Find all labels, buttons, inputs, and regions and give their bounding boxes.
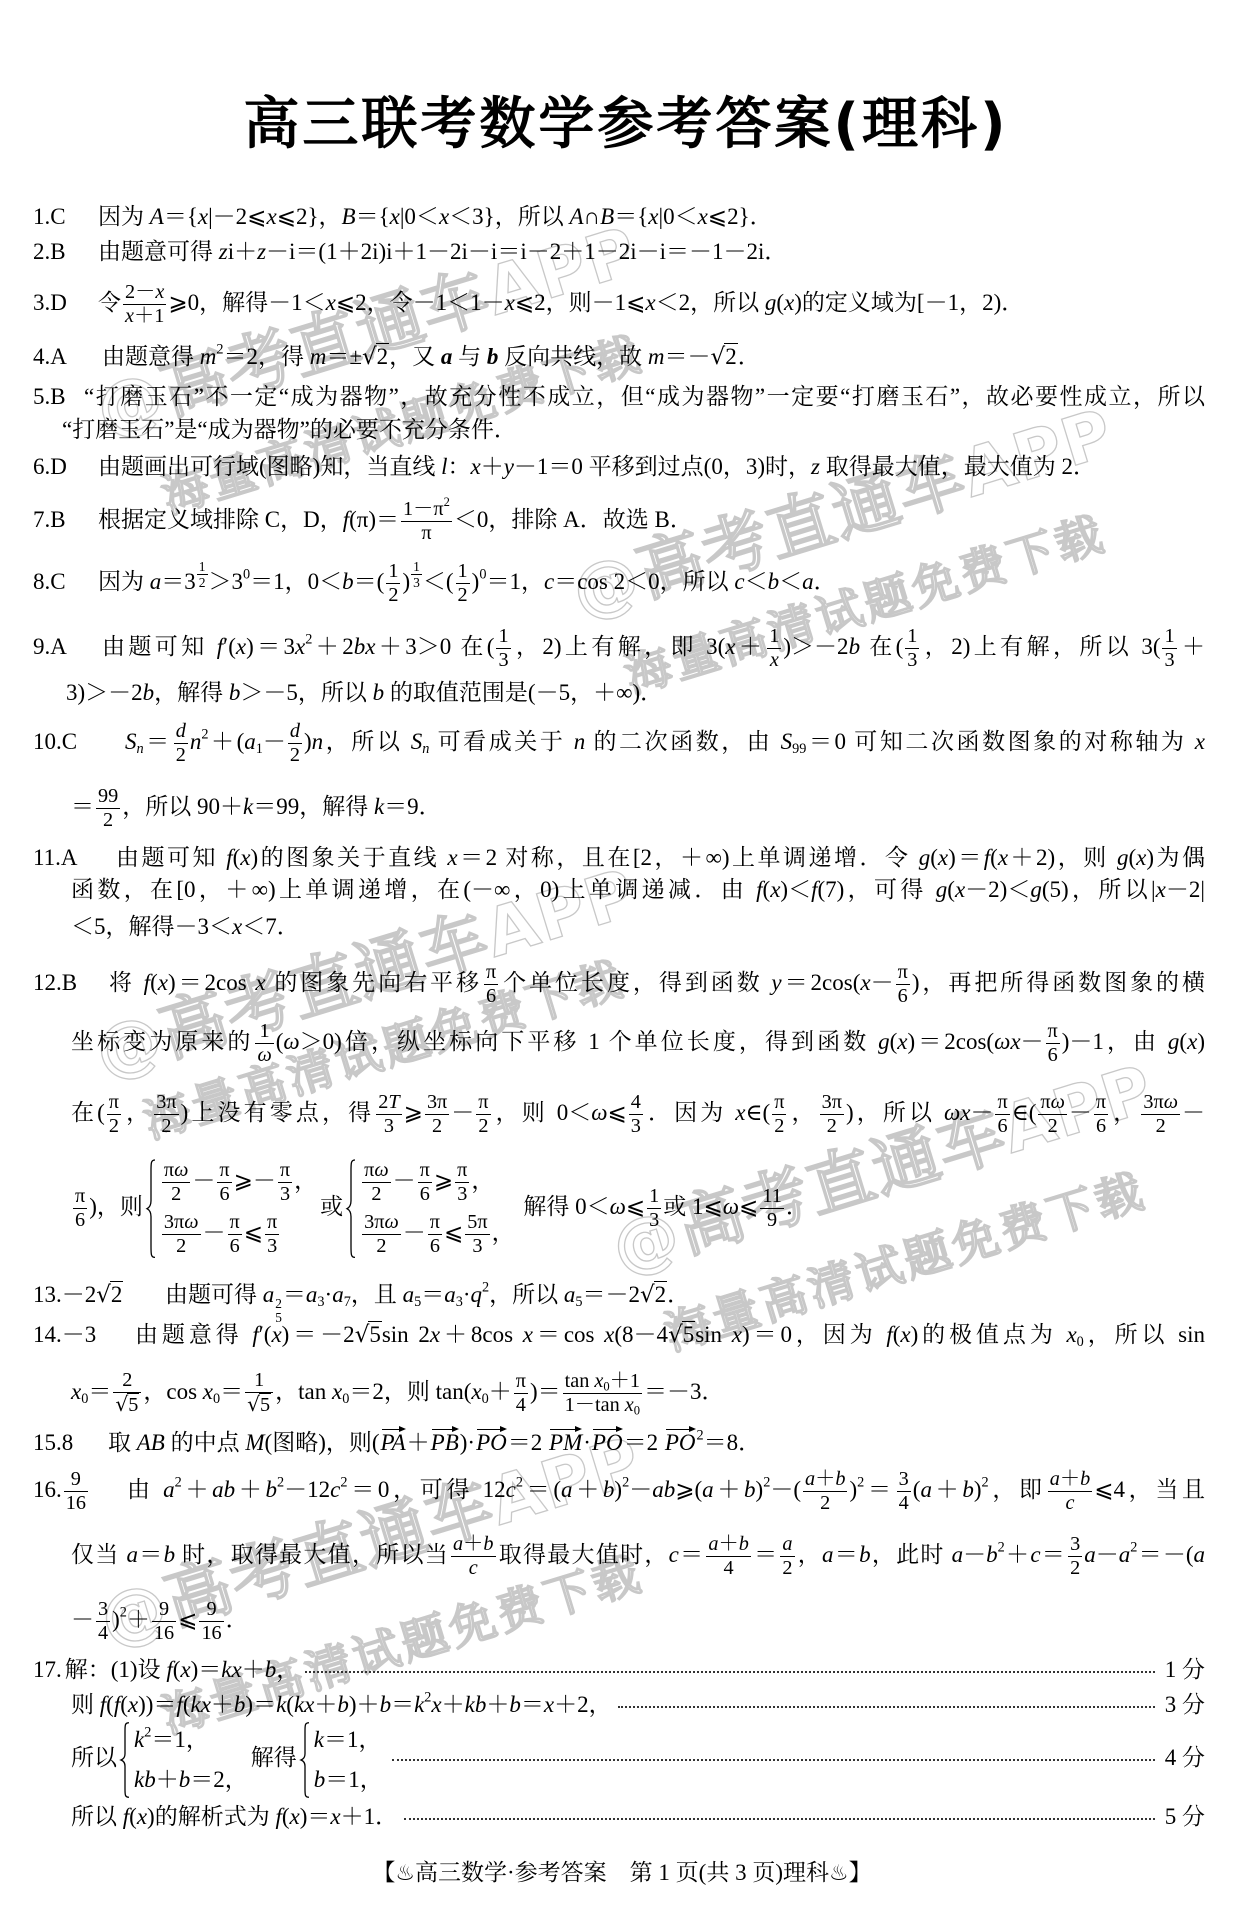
answer-10-label: 10.C <box>33 725 77 759</box>
math-variable: b <box>234 1692 246 1717</box>
fraction: π6 <box>428 1212 442 1258</box>
fraction-numerator: tan x0＋1 <box>563 1371 642 1394</box>
fraction-numerator: a <box>780 1534 794 1557</box>
math-variable: x <box>1136 845 1146 870</box>
math-variable: x <box>770 877 780 902</box>
fraction-numerator: 5π <box>465 1212 489 1235</box>
fraction-denominator: 6 <box>484 985 498 1008</box>
fraction-denominator: 2 <box>425 1115 449 1138</box>
math-variable: x <box>240 845 250 870</box>
math-variable: n <box>190 729 202 754</box>
fraction-denominator: 3 <box>496 649 510 672</box>
math-variable: b <box>380 1692 392 1717</box>
fraction: π6 <box>228 1212 242 1258</box>
dot-leader <box>618 1706 1155 1708</box>
fraction: πω2 <box>362 1160 391 1206</box>
math-variable: a <box>802 569 814 594</box>
fraction: 25 <box>113 1370 141 1417</box>
math-variable: a <box>561 1477 573 1502</box>
fraction-denominator: 3 <box>905 649 919 672</box>
answer-15-line-1: 取 AB 的中点 M(图略)，则(PA＋PB)·PO＝2 PM·PO＝2 PO2… <box>108 1426 761 1460</box>
math-variable: x <box>900 1322 910 1347</box>
fraction-numerator: π <box>1046 1021 1060 1044</box>
fraction-numerator: 1 <box>496 626 510 649</box>
page-title: 高三联考数学参考答案(理科) <box>0 95 1244 155</box>
fraction-denominator: π <box>401 522 452 545</box>
left-brace <box>120 1722 130 1798</box>
fraction-denominator: 2 <box>96 809 120 832</box>
math-variable: f <box>123 1804 129 1829</box>
math-variable: ωx <box>944 1100 970 1125</box>
fraction: 1x <box>767 626 781 672</box>
math-variable: ω <box>591 1100 607 1125</box>
math-variable: a <box>920 1477 932 1502</box>
math-variable: c <box>330 1477 340 1502</box>
math-variable: a <box>306 1282 318 1307</box>
fraction-numerator: 1 <box>1162 626 1176 649</box>
math-variable: f <box>114 1692 120 1717</box>
superscript: 2 <box>982 1475 989 1491</box>
math-variable: a <box>444 1282 456 1307</box>
answer-7-label: 7.B <box>33 503 66 537</box>
fraction: π6 <box>995 1092 1009 1138</box>
math-variable: b <box>962 1477 974 1502</box>
superscript: 2 <box>201 727 208 743</box>
fraction-numerator: 3π <box>425 1092 449 1115</box>
math-variable: T <box>388 1091 399 1113</box>
score-label: 1 分 <box>1165 1653 1205 1687</box>
fraction: πω2 <box>1038 1092 1067 1138</box>
fraction: a2 <box>780 1534 794 1580</box>
fraction: π6 <box>484 962 498 1008</box>
math-variable: ω <box>174 1159 188 1181</box>
fraction: 12 <box>386 561 400 607</box>
subscript: 0 <box>342 1391 349 1407</box>
fraction-denominator: 3 <box>1162 649 1176 672</box>
math-variable: x <box>390 204 400 229</box>
fraction: 3π2 <box>425 1092 449 1138</box>
math-variable: g <box>1030 877 1042 902</box>
answer-6-label: 6.D <box>33 450 67 484</box>
math-variable: x <box>938 845 948 870</box>
math-variable: b <box>859 1542 871 1567</box>
math-variable: B <box>600 204 614 229</box>
fraction-numerator: d <box>288 721 302 744</box>
score-label: 3 分 <box>1165 1688 1205 1722</box>
fraction: 1ω <box>255 1021 273 1067</box>
footer-text: 高三数学·参考答案 第 1 页(共 3 页)理科 <box>415 1860 829 1885</box>
math-variable: f <box>756 877 762 902</box>
answer-12-line-2: 坐标变为原来的1ω(ω＞0)倍，纵坐标向下平移 1 个单位长度，得到函数 g(x… <box>71 1025 1205 1059</box>
answer-3-line-1: 令2－xx＋1⩾0，解得－1＜x⩽2，令－1＜1－x⩽2，则－1⩽x＜2，所以 … <box>98 286 1024 320</box>
fraction: 916 <box>152 1599 176 1645</box>
fraction-numerator: 9 <box>199 1599 223 1622</box>
math-variable: f <box>226 845 232 870</box>
square-root: 2 <box>640 1282 667 1307</box>
math-variable: AB <box>137 1430 165 1455</box>
fraction-denominator: c <box>1048 1492 1092 1515</box>
math-variable: c <box>544 569 554 594</box>
math-variable: g <box>919 845 931 870</box>
fraction: π6 <box>1046 1021 1060 1067</box>
math-variable: b <box>744 1477 756 1502</box>
fraction-denominator: x <box>767 649 781 672</box>
math-variable: m <box>310 344 327 369</box>
math-variable: f <box>343 507 349 532</box>
math-variable: x <box>732 1322 742 1347</box>
fraction: π2 <box>772 1092 786 1138</box>
math-variable: b <box>849 634 861 659</box>
superscript: 2 <box>216 342 223 358</box>
answer-13-label: 13.－22 <box>33 1278 123 1312</box>
fraction-numerator: 1 <box>255 1021 273 1044</box>
fraction-denominator: 6 <box>217 1183 231 1206</box>
fraction: 3π2 <box>154 1092 178 1138</box>
fraction-denominator: c <box>451 1557 495 1580</box>
math-variable: x <box>998 845 1008 870</box>
answer-5-label: 5.B <box>33 380 66 414</box>
math-variable: b <box>229 680 241 705</box>
math-variable: c <box>1065 1492 1074 1514</box>
fraction: π6 <box>217 1160 231 1206</box>
fraction: πω2 <box>162 1160 191 1206</box>
math-variable: x <box>523 1322 533 1347</box>
math-variable: x <box>725 634 735 659</box>
fraction-denominator: 2 <box>1141 1115 1180 1138</box>
equation-system: k2＝1，kb＋b＝2， <box>119 1720 248 1800</box>
fraction-denominator: 2 <box>820 1115 844 1138</box>
score-label: 5 分 <box>1165 1800 1205 1834</box>
math-variable: x <box>625 1394 634 1416</box>
math-variable: k <box>276 1692 286 1717</box>
fraction: 2T3 <box>376 1092 401 1138</box>
math-variable: x <box>770 649 779 671</box>
fraction-numerator: 1 <box>386 561 400 584</box>
math-variable: a <box>782 1533 792 1555</box>
math-variable: b <box>314 1767 326 1792</box>
math-variable: ω <box>374 1159 388 1181</box>
answer-2-line-1: 由题意可得 zi＋z－i＝(1＋2i)i＋1－2i－i＝i－2＋1－2i－i＝－… <box>98 235 787 269</box>
fraction-numerator: 1 <box>245 1370 273 1393</box>
fraction-denominator: 2 <box>780 1557 794 1580</box>
math-variable: x <box>648 204 658 229</box>
answer-8-label: 8.C <box>33 565 66 599</box>
vector-arrow: PA <box>381 1429 406 1457</box>
fraction-numerator: 11 <box>760 1186 783 1209</box>
fraction-numerator: 3π <box>154 1092 178 1115</box>
math-variable: x <box>203 1379 213 1404</box>
math-variable: ω <box>1164 1091 1178 1113</box>
square-root: 5 <box>247 1394 271 1416</box>
radicand: 5 <box>127 1393 139 1416</box>
fraction: 916 <box>64 1469 88 1515</box>
radicand: 2 <box>724 343 738 369</box>
superscript: 2 <box>175 1475 182 1491</box>
math-variable: bx <box>354 634 376 659</box>
fraction-denominator: 2 <box>154 1115 178 1138</box>
fraction-numerator: 1 <box>647 1186 661 1209</box>
math-variable: g <box>765 290 777 315</box>
fraction-numerator: 1 <box>197 560 208 576</box>
math-variable: B <box>342 204 356 229</box>
fraction: 12 <box>197 560 208 591</box>
math-variable: x <box>271 1322 281 1347</box>
fraction-numerator: π <box>265 1212 279 1235</box>
fraction-denominator: 6 <box>1046 1044 1060 1067</box>
math-variable: ab <box>212 1477 235 1502</box>
math-variable: x <box>125 305 134 327</box>
answer-9-line-1: 由题可知 f′(x)＝3x2＋2bx＋3＞0 在(13，2)上有解，即 3(x＋… <box>102 630 1205 664</box>
math-variable: z <box>811 454 820 479</box>
square-root: 5 <box>355 1322 382 1347</box>
radicand: 5 <box>682 1321 696 1347</box>
fraction-denominator: 9 <box>760 1209 783 1232</box>
math-variable: b <box>342 569 354 594</box>
math-variable: kb <box>465 1692 487 1717</box>
answer-12-label: 12.B <box>33 966 77 1000</box>
fraction-denominator: 3 <box>278 1183 292 1206</box>
fraction: a＋b4 <box>706 1534 750 1580</box>
answer-11-label: 11.A <box>33 841 78 875</box>
equation-system: πω2－π6⩾π3，3πω2－π6⩽5π3， <box>345 1157 514 1260</box>
system-row: b＝1， <box>314 1760 383 1800</box>
math-variable: g <box>878 1029 890 1054</box>
answer-14-line-2: x0＝25，cos x0＝15，tan x0＝2，则 tan(x0＋π4)＝ta… <box>71 1375 725 1409</box>
math-variable: x <box>897 1029 907 1054</box>
fraction-denominator: 5 <box>113 1393 141 1417</box>
system-row: πω2－π6⩾－π3， <box>160 1157 317 1209</box>
math-variable: x <box>430 1322 440 1347</box>
math-variable: x <box>290 1804 300 1829</box>
math-variable: b <box>143 680 155 705</box>
fraction-denominator: 4 <box>96 1622 110 1645</box>
fraction-numerator: 99 <box>96 786 120 809</box>
fraction-numerator: 4 <box>629 1092 643 1115</box>
fraction-denominator: 2 <box>197 575 208 591</box>
radicand: 2 <box>376 343 390 369</box>
footer-open-bracket: 【 <box>372 1860 395 1885</box>
fraction: 1－π2π <box>401 499 452 545</box>
dot-leader <box>392 1759 1155 1761</box>
math-variable: a <box>952 1542 964 1567</box>
system-row: kb＋b＝2， <box>134 1760 248 1800</box>
answer-6-line-1: 由题画出可行域(图略)知，当直线 l：x＋y－1＝0 平移到过点(0，3)时，z… <box>98 450 1096 484</box>
fraction: π6 <box>1094 1092 1108 1138</box>
fraction-denominator: 2 <box>803 1492 847 1515</box>
math-variable: x <box>698 204 708 229</box>
math-variable: x <box>505 290 515 315</box>
math-variable: kb <box>134 1767 156 1792</box>
superscript: 13 <box>410 567 423 583</box>
math-variable: f <box>100 1692 106 1717</box>
subscript: 5 <box>414 1294 421 1310</box>
equation-system: k＝1，b＝1， <box>299 1720 383 1800</box>
superscript: 2 <box>305 632 312 648</box>
fraction: 2－xx＋1 <box>123 282 166 328</box>
math-variable: x <box>1195 729 1205 754</box>
math-variable: b <box>739 1533 749 1555</box>
fraction-numerator: 9 <box>64 1469 88 1492</box>
math-variable: b <box>265 1657 277 1682</box>
math-variable: M <box>245 1430 264 1455</box>
math-variable: z <box>257 239 266 264</box>
math-variable: b <box>986 1542 998 1567</box>
math-variable: b <box>266 1477 278 1502</box>
fraction: 12 <box>456 561 470 607</box>
math-variable: x <box>604 1322 614 1347</box>
fraction-numerator: 1 <box>411 560 422 576</box>
answer-17-line-4-text: 所以 f(x)的解析式为 f(x)＝x＋1． <box>71 1800 398 1834</box>
answer-4-line-1: 由题意得 m2＝2，得 m＝±2，又 a 与 b 反向共线，故 m＝－2． <box>102 340 761 374</box>
math-variable: ω <box>257 1044 271 1066</box>
superscript: 2 <box>144 1724 151 1740</box>
math-variable: x <box>470 454 480 479</box>
vector-arrow: PO <box>476 1429 507 1457</box>
fraction-numerator: π <box>228 1212 242 1235</box>
fraction: 13 <box>905 626 919 672</box>
radicand: 2 <box>654 1281 668 1307</box>
math-variable: ωx <box>994 1029 1020 1054</box>
answer-16-line-2: 仅当 a＝b 时，取得最大值，所以当a＋bc取得最大值时，c＝a＋b4＝a2，a… <box>71 1538 1205 1572</box>
fraction-denominator: 4 <box>706 1557 750 1580</box>
math-variable: f <box>886 1322 892 1347</box>
math-variable: x <box>255 970 265 995</box>
math-variable: c <box>469 1557 478 1579</box>
math-variable: x <box>471 1379 481 1404</box>
math-variable: ω <box>723 1194 739 1219</box>
fraction: 3π2 <box>820 1092 844 1138</box>
fraction-numerator: 2T <box>376 1092 401 1115</box>
fraction: 43 <box>629 1092 643 1138</box>
fraction-numerator: π <box>514 1371 528 1394</box>
math-variable: S <box>125 729 137 754</box>
answer-5-line-1: “打磨玉石”不一定“成为器物”，故充分性不成立，但“成为器物”一定要“打磨玉石”… <box>84 380 1205 414</box>
fraction-numerator: πω <box>362 1160 391 1183</box>
fraction-numerator: 9 <box>152 1599 176 1622</box>
fraction: 32 <box>1068 1534 1082 1580</box>
math-variable: x <box>137 1804 147 1829</box>
answer-3-label: 3.D <box>33 286 67 320</box>
math-variable: a <box>263 1282 275 1307</box>
math-variable: x <box>735 1100 745 1125</box>
fraction-denominator: 2 <box>456 584 470 607</box>
fraction-numerator: 1 <box>905 626 919 649</box>
fraction: π2 <box>476 1092 490 1138</box>
fraction-denominator: 3 <box>376 1115 401 1138</box>
fraction-numerator: π <box>1094 1092 1108 1115</box>
math-variable: a <box>822 1542 834 1567</box>
fraction-numerator: a＋b <box>803 1469 847 1492</box>
math-variable: b <box>509 1692 521 1717</box>
superscript: 2 <box>763 1475 770 1491</box>
math-variable: f <box>176 1692 182 1717</box>
answer-17-label: 17. <box>33 1653 62 1687</box>
subscript: 0 <box>482 1391 489 1407</box>
vector-arrow: PM <box>549 1429 582 1457</box>
fraction-denominator: 2 <box>362 1183 391 1206</box>
math-variable: a <box>332 1282 344 1307</box>
fraction: a＋b2 <box>803 1469 847 1515</box>
answer-11-line-2: 函数，在[0，＋∞)上单调递增，在(－∞，0)上单调递减．由 f(x)＜f(7)… <box>71 873 1205 907</box>
math-variable: q <box>471 1282 483 1307</box>
math-variable: x <box>295 634 305 659</box>
superscript: 2 <box>516 1475 523 1491</box>
math-variable: b <box>603 1477 615 1502</box>
math-variable: k <box>374 794 384 819</box>
square-root: 5 <box>115 1394 139 1416</box>
math-variable: x <box>447 845 457 870</box>
math-variable: a <box>150 569 162 594</box>
radicand: 5 <box>368 1321 382 1347</box>
math-variable: c <box>506 1477 516 1502</box>
answer-17-line-2-text: 则 f(f(x))＝f(kx＋b)＝k(kx＋b)＋b＝k2x＋kb＋b＝x＋2… <box>71 1688 612 1722</box>
math-variable: ω <box>184 1211 198 1233</box>
subscript: 7 <box>344 1294 351 1310</box>
fraction-numerator: π <box>107 1092 121 1115</box>
fraction: π3 <box>265 1212 279 1258</box>
superscript: 2 <box>857 1475 864 1491</box>
answer-8-line-1: 因为 a＝312＞30＝1，0＜b＝(12)13＜(12)0＝1，c＝cos 2… <box>98 565 837 599</box>
vector-arrow: PO <box>592 1429 623 1457</box>
fraction-denominator: 2 <box>386 584 400 607</box>
answer-7-line-1: 根据定义域排除 C，D，f(π)＝1－π2π＜0，排除 A．故选 B． <box>98 503 693 537</box>
fraction-denominator: 2 <box>1038 1115 1067 1138</box>
fraction-numerator: 3 <box>897 1469 911 1492</box>
fraction-numerator: 3πω <box>362 1212 401 1235</box>
answer-10-line-2: ＝992，所以 90＋k＝99，解得 k＝9． <box>71 790 442 824</box>
math-variable: c <box>734 569 744 594</box>
fraction-numerator: π <box>995 1092 1009 1115</box>
fraction-denominator: 6 <box>73 1209 87 1232</box>
math-variable: f <box>144 970 150 995</box>
fraction-denominator: 4 <box>514 1394 528 1417</box>
math-variable: ω <box>283 1029 299 1054</box>
answer-9-label: 9.A <box>33 630 67 664</box>
fraction-numerator: a＋b <box>1048 1469 1092 1492</box>
math-variable: a <box>163 1477 175 1502</box>
fraction-denominator: 16 <box>64 1492 88 1515</box>
math-variable: a <box>1194 1542 1206 1567</box>
fraction-denominator: 6 <box>896 985 910 1008</box>
math-variable: x <box>1187 1029 1197 1054</box>
fraction-denominator: 1－tan x0 <box>563 1394 642 1417</box>
superscript: 12 <box>196 567 209 583</box>
math-variable: m <box>648 344 665 369</box>
math-variable: n <box>312 729 324 754</box>
answer-14-label: 14.－3 <box>33 1318 96 1352</box>
math-variable: a <box>1084 1542 1096 1567</box>
hot-springs-icon <box>395 1860 415 1885</box>
math-variable: ω <box>384 1211 398 1233</box>
subscript: 99 <box>792 741 806 757</box>
subscript: 0 <box>634 1403 640 1417</box>
fraction-numerator: 2－x <box>123 282 166 305</box>
answer-17-line-4: 所以 f(x)的解析式为 f(x)＝x＋1． 5 分 <box>71 1800 1205 1834</box>
math-variable: k <box>243 794 253 819</box>
fraction-numerator: 1 <box>767 626 781 649</box>
math-variable: x <box>71 1379 81 1404</box>
answer-12-line-1: 将 f(x)＝2cos x 的图象先向右平移π6个单位长度，得到函数 y＝2co… <box>109 966 1205 1000</box>
answer-15-label: 15.8 <box>33 1426 73 1460</box>
fraction-numerator: 3 <box>96 1599 110 1622</box>
subscript: 0 <box>1077 1334 1084 1350</box>
fraction: π3 <box>455 1160 469 1206</box>
fraction-denominator: 2 <box>174 744 188 767</box>
fraction-denominator: 6 <box>228 1235 242 1258</box>
math-variable: x <box>198 204 208 229</box>
fraction-numerator: 1 <box>456 561 470 584</box>
system-row: πω2－π6⩾π3， <box>360 1157 514 1209</box>
